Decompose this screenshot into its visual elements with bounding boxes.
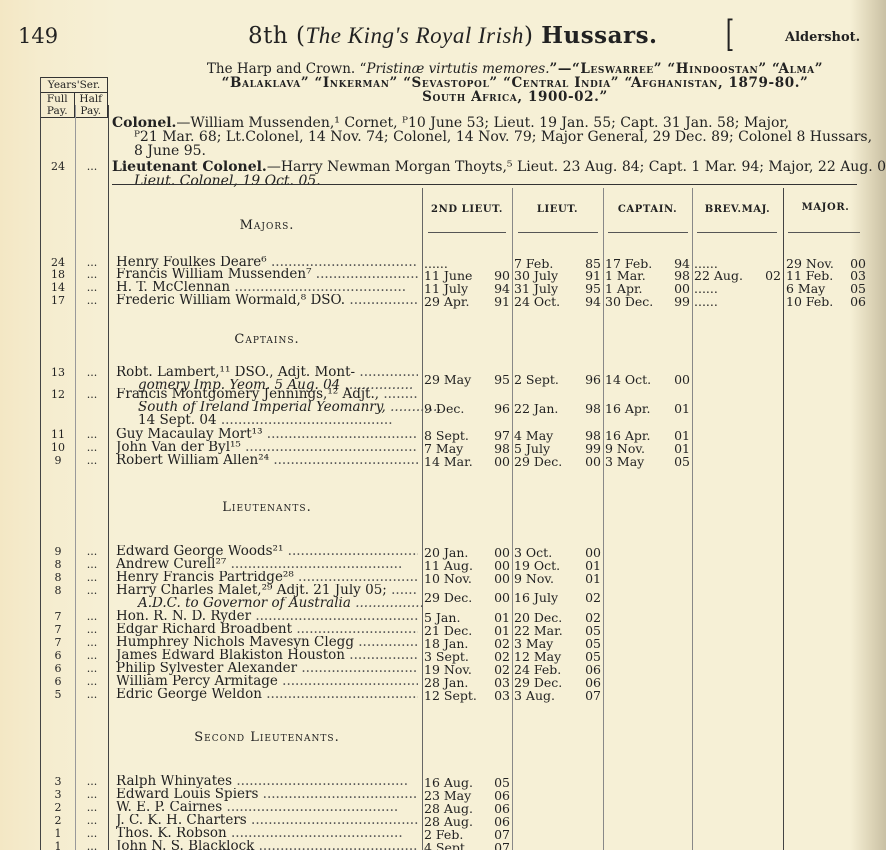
years-half: ... [78, 268, 106, 281]
officer-name-cont: A.D.C. to Governor of Australia ........… [116, 597, 440, 610]
years-half: ... [78, 428, 106, 441]
years-full: 8 [43, 558, 73, 571]
officer-name: Francis Montgomery Jennings,¹² Adjt., ..… [116, 388, 418, 401]
leader-dots: ........................................ [355, 366, 418, 379]
officer-name: Edward Louis Spiers ....................… [116, 788, 418, 801]
date-c2l: 14 Mar.00 [424, 454, 510, 469]
years-full: 5 [43, 688, 73, 701]
leader-dots: ........................................ [254, 840, 418, 850]
years-full: 13 [43, 366, 73, 379]
officer-name: Harry Charles Malet,²⁹ Adjt. 21 July 05;… [116, 584, 418, 597]
officer-name-text-3: 14 Sept. 04 [138, 414, 217, 427]
officer-name: Guy Macaulay Mort¹³ ....................… [116, 428, 418, 441]
leader-dots: ........................................ [241, 441, 417, 454]
years-half: ... [78, 636, 106, 649]
leader-dots: ........................................ [283, 545, 418, 558]
leader-dots: ........................................ [217, 414, 393, 427]
date-c2l: 4 Sept.07 [424, 840, 510, 850]
date-year: 00 [494, 571, 510, 586]
years-full: 7 [43, 610, 73, 623]
officer-name: H. T. McClennan ........................… [116, 281, 418, 294]
officer-name-text: W. E. P. Cairnes [116, 801, 222, 814]
date-year: 00 [494, 454, 510, 469]
officer-name: John N. S. Blacklock ...................… [116, 840, 418, 850]
years-half: ... [78, 662, 106, 675]
officer-name: Edric George Weldon ....................… [116, 688, 418, 701]
date-year: 06 [850, 294, 866, 309]
leader-dots: ........................................ [230, 281, 406, 294]
rule [40, 77, 41, 850]
lt-colonel-text: —Harry Newman Morgan Thoyts,⁵ Lieut. 23 … [267, 159, 886, 175]
date-year: 07 [585, 688, 601, 703]
years-half: ... [78, 827, 106, 840]
date-lt: 3 Aug.07 [514, 688, 601, 703]
date-year: 96 [585, 372, 601, 387]
date-cap: 14 Oct.00 [605, 372, 690, 387]
date-c2l: 29 Dec.00 [424, 590, 510, 605]
date-day-month: 29 Dec. [424, 590, 472, 605]
rule [697, 232, 777, 233]
years-full: 9 [43, 545, 73, 558]
date-day-month: 16 Apr. [605, 401, 650, 416]
date-day-month: 30 Dec. [605, 294, 653, 309]
officer-name: Hon. R. N. D. Ryder ....................… [116, 610, 418, 623]
station-label: Aldershot. [785, 30, 860, 45]
section-title-lieutenants: Lieutenants. [112, 500, 422, 515]
years-full: 2 [43, 801, 73, 814]
officer-name: Robt. Lambert,¹¹ DSO., Adjt. Mont- .....… [116, 366, 418, 379]
years-full: 8 [43, 584, 73, 597]
officer-name: Edgar Richard Broadbent ................… [116, 623, 418, 636]
section-title-second-lieutenants: Second Lieutenants. [112, 730, 422, 745]
leader-dots: ........................................ [278, 675, 418, 688]
years-full: 12 [43, 388, 73, 401]
officer-name: J. C. K. H. Charters ...................… [116, 814, 418, 827]
years-full: 18 [43, 268, 73, 281]
years-half: ... [78, 688, 106, 701]
leader-dots: ................ [351, 597, 424, 610]
years-service-label: Years'Ser. [40, 77, 108, 92]
years-half: ... [78, 454, 106, 467]
date-year: 00 [494, 590, 510, 605]
date-year: 94 [585, 294, 601, 309]
date-day-month: 14 Oct. [605, 372, 651, 387]
date-year: 00 [674, 372, 690, 387]
colonel-text-3: 8 June 95. [112, 144, 872, 158]
title-prefix: 8th ( [248, 23, 305, 49]
leader-dots: ........................................ [247, 814, 418, 827]
colonel-text-2: ᴾ21 Mar. 68; Lt.Colonel, 14 Nov. 74; Col… [112, 130, 872, 144]
date-day-month: 14 Mar. [424, 454, 473, 469]
years-half: ... [78, 388, 106, 401]
col-header-2nd-lieut: 2ND LIEUT. [422, 204, 512, 215]
leader-dots: ........................................ [354, 636, 418, 649]
officer-name-text: Ralph Whinyates [116, 775, 232, 788]
years-full: 7 [43, 623, 73, 636]
officer-name-text: Humphrey Nichols Mavesyn Clegg [116, 636, 354, 649]
officer-name-text: Edgar Richard Broadbent [116, 623, 292, 636]
years-full: 6 [43, 675, 73, 688]
date-maj: 10 Feb.06 [786, 294, 866, 309]
rule [512, 188, 513, 850]
date-c2l: 9 Dec.96 [424, 401, 510, 416]
officer-name: Ralph Whinyates ........................… [116, 775, 418, 788]
date-day-month: 10 Nov. [424, 571, 472, 586]
date-day-month: 3 Aug. [514, 688, 555, 703]
years-full: 11 [43, 428, 73, 441]
officer-name: John Van der Byl¹⁵ .....................… [116, 441, 418, 454]
date-day-month: 16 July [514, 590, 558, 605]
officer-name: Robert William Allen²⁴ .................… [116, 454, 418, 467]
date-day-month: ...... [694, 294, 718, 309]
leader-dots: ........................................ [269, 454, 418, 467]
officer-name-cont: 14 Sept. 04 ............................… [116, 414, 440, 427]
officer-name-text: Guy Macaulay Mort¹³ [116, 428, 263, 441]
date-lt: 29 Dec.00 [514, 454, 601, 469]
col-header-captain: CAPTAIN. [603, 204, 692, 215]
date-cap: 3 May05 [605, 454, 690, 469]
officer-name-text: John Van der Byl¹⁵ [116, 441, 241, 454]
officer-name-cont: South of Ireland Imperial Yeomanry, ....… [116, 401, 440, 414]
years-half: ... [78, 160, 106, 173]
officer-name-text: Robt. Lambert,¹¹ DSO., Adjt. Mont- [116, 366, 355, 379]
date-lt: 16 July02 [514, 590, 601, 605]
leader-dots: ........................................ [258, 788, 418, 801]
years-half: ... [78, 571, 106, 584]
leader-dots: ........................................ [387, 584, 418, 597]
rule [788, 232, 860, 233]
leader-dots: ........................................ [379, 388, 418, 401]
rule [108, 105, 109, 850]
officer-name: James Edward Blakiston Houston .........… [116, 649, 418, 662]
date-year: 03 [494, 688, 510, 703]
years-full: 6 [43, 662, 73, 675]
officer-name: Philip Sylvester Alexander .............… [116, 662, 418, 675]
date-bm: ...... [694, 294, 781, 309]
page-number: 149 [18, 24, 58, 48]
section-title-captains: Captains. [112, 332, 422, 347]
section-title-majors: Majors. [112, 218, 422, 233]
leader-dots: ........................................ [292, 623, 418, 636]
officer-name-text: John N. S. Blacklock [116, 840, 254, 850]
officer-name-text: Henry Francis Partridge²⁸ [116, 571, 294, 584]
colonel-entry: Colonel.—William Mussenden,¹ Cornet, ᴾ10… [112, 116, 872, 158]
rule [422, 188, 423, 850]
years-full: 10 [43, 441, 73, 454]
date-day-month: 22 Jan. [514, 401, 558, 416]
leader-dots: ........................................ [262, 688, 418, 701]
officer-name-text: Edric George Weldon [116, 688, 262, 701]
officer-name: William Percy Armitage .................… [116, 675, 418, 688]
date-day-month: 9 Nov. [514, 571, 554, 586]
title-suffix: ) [524, 23, 541, 49]
date-lt: 9 Nov.01 [514, 571, 601, 586]
date-year: 07 [494, 840, 510, 850]
officer-name-text-2: A.D.C. to Governor of Australia [138, 597, 351, 610]
leader-dots: ........................................ [345, 294, 418, 307]
officer-name-text: Hon. R. N. D. Ryder [116, 610, 251, 623]
date-year: 00 [585, 454, 601, 469]
officer-name-text-2: South of Ireland Imperial Yeomanry, [138, 401, 386, 414]
date-c2l: 29 Apr.91 [424, 294, 510, 309]
officer-name-text: Frederic William Wormald,⁸ DSO. [116, 294, 345, 307]
rule [112, 184, 857, 185]
years-half: ... [78, 840, 106, 850]
leader-dots: ........................................ [222, 801, 398, 814]
leader-dots: ........................................ [263, 428, 418, 441]
officer-name-text: James Edward Blakiston Houston [116, 649, 345, 662]
date-year: 95 [494, 372, 510, 387]
officer-name-text: Thos. K. Robson [116, 827, 227, 840]
date-year: 99 [674, 294, 690, 309]
half-pay-label: Half Pay. [75, 93, 108, 117]
lt-colonel-text-2: Lieut. Colonel, 19 Oct. 05. [134, 173, 321, 189]
rule [692, 188, 693, 850]
date-day-month: 12 Sept. [424, 688, 477, 703]
years-half: ... [78, 801, 106, 814]
date-c2l: 29 May95 [424, 372, 510, 387]
officer-name-text: H. T. McClennan [116, 281, 230, 294]
years-half: ... [78, 788, 106, 801]
officer-name: Thos. K. Robson ........................… [116, 827, 418, 840]
years-full: 6 [43, 649, 73, 662]
date-day-month: 2 Sept. [514, 372, 559, 387]
rule [783, 188, 784, 850]
officer-name-text: J. C. K. H. Charters [116, 814, 247, 827]
date-day-month: 10 Feb. [786, 294, 833, 309]
years-half: ... [78, 545, 106, 558]
date-lt: 22 Jan.98 [514, 401, 601, 416]
date-day-month: 29 Apr. [424, 294, 469, 309]
date-year: 91 [494, 294, 510, 309]
full-pay-label: Full Pay. [41, 93, 75, 117]
honours-line-2: “Balaklava” “Inkerman” “Sevastopol” “Cen… [150, 76, 880, 90]
date-lt: 2 Sept.96 [514, 372, 601, 387]
officer-name-text: Harry Charles Malet,²⁹ Adjt. 21 July 05; [116, 584, 387, 597]
years-half: ... [78, 775, 106, 788]
officer-name: Francis William Mussenden⁷ .............… [116, 268, 418, 281]
rule [608, 232, 688, 233]
years-full: 24 [43, 160, 73, 173]
years-full: 1 [43, 827, 73, 840]
officer-name-text: Francis William Mussenden⁷ [116, 268, 312, 281]
years-full: 17 [43, 294, 73, 307]
years-half: ... [78, 814, 106, 827]
rule [603, 188, 604, 850]
officer-name-text: Andrew Curell²⁷ [116, 558, 226, 571]
date-day-month: 29 Dec. [514, 454, 562, 469]
bracket-mark: [ [726, 18, 734, 52]
leader-dots: ........................................ [312, 268, 418, 281]
officer-name: Edward George Woods²¹ ..................… [116, 545, 418, 558]
officer-name-text: Robert William Allen²⁴ [116, 454, 269, 467]
years-full: 7 [43, 636, 73, 649]
years-full: 9 [43, 454, 73, 467]
officer-name: Frederic William Wormald,⁸ DSO. ........… [116, 294, 418, 307]
leader-dots: ........................................ [251, 610, 418, 623]
honours-line-1: The Harp and Crown. “Pristinæ virtutis m… [150, 62, 880, 76]
date-day-month: 29 May [424, 372, 471, 387]
title-italic: The King's Royal Irish [305, 23, 523, 48]
date-day-month: 4 Sept. [424, 840, 469, 850]
date-lt: 24 Oct.94 [514, 294, 601, 309]
date-year: 01 [585, 571, 601, 586]
officer-name: W. E. P. Cairnes .......................… [116, 801, 418, 814]
officer-name-text: Francis Montgomery Jennings,¹² Adjt., [116, 388, 379, 401]
date-cap: 16 Apr.01 [605, 401, 690, 416]
years-full: 2 [43, 814, 73, 827]
years-half: ... [78, 281, 106, 294]
date-c2l: 10 Nov.00 [424, 571, 510, 586]
col-header-brev-maj: BREV.MAJ. [692, 204, 783, 215]
officer-name-text: Philip Sylvester Alexander [116, 662, 297, 675]
years-full: 3 [43, 788, 73, 801]
rule [518, 232, 598, 233]
rule [75, 105, 76, 850]
officer-name-text: Edward George Woods²¹ [116, 545, 283, 558]
years-half: ... [78, 623, 106, 636]
years-service-header: Years'Ser. Full Pay. Half Pay. [40, 77, 108, 118]
honours-line-3: South Africa, 1900-02.” [150, 90, 880, 104]
leader-dots: ........................................ [345, 649, 418, 662]
years-full: 14 [43, 281, 73, 294]
years-half: ... [78, 610, 106, 623]
leader-dots: ........................................ [227, 827, 403, 840]
years-full: 3 [43, 775, 73, 788]
date-year: 96 [494, 401, 510, 416]
title-bold: Hussars. [541, 22, 657, 49]
date-year: 98 [585, 401, 601, 416]
date-day-month: 24 Oct. [514, 294, 560, 309]
date-year: 02 [585, 590, 601, 605]
officer-name: Humphrey Nichols Mavesyn Clegg .........… [116, 636, 418, 649]
years-half: ... [78, 441, 106, 454]
officer-name: Andrew Curell²⁷ ........................… [116, 558, 418, 571]
date-day-month: 9 Dec. [424, 401, 464, 416]
page-title: 8th (The King's Royal Irish) Hussars. [248, 22, 658, 49]
regimental-honours: The Harp and Crown. “Pristinæ virtutis m… [150, 62, 880, 104]
leader-dots: ........................................ [226, 558, 402, 571]
years-half: ... [78, 366, 106, 379]
leader-dots: ........................................ [294, 571, 418, 584]
years-half: ... [78, 584, 106, 597]
years-half: ... [78, 649, 106, 662]
date-year: 05 [674, 454, 690, 469]
leader-dots: ........................................ [232, 775, 408, 788]
officer-name: Henry Francis Partridge²⁸ ..............… [116, 571, 418, 584]
col-header-major: MAJOR. [783, 202, 868, 213]
date-day-month: 3 May [605, 454, 644, 469]
rule [428, 232, 506, 233]
years-half: ... [78, 558, 106, 571]
date-year: 01 [674, 401, 690, 416]
date-cap: 30 Dec.99 [605, 294, 690, 309]
years-half: ... [78, 675, 106, 688]
date-c2l: 12 Sept.03 [424, 688, 510, 703]
col-header-lieut: LIEUT. [512, 204, 603, 215]
officer-name-text: William Percy Armitage [116, 675, 278, 688]
years-half: ... [78, 294, 106, 307]
officer-name-text: Edward Louis Spiers [116, 788, 258, 801]
years-full: 1 [43, 840, 73, 850]
leader-dots: ........................................ [297, 662, 418, 675]
years-full: 8 [43, 571, 73, 584]
